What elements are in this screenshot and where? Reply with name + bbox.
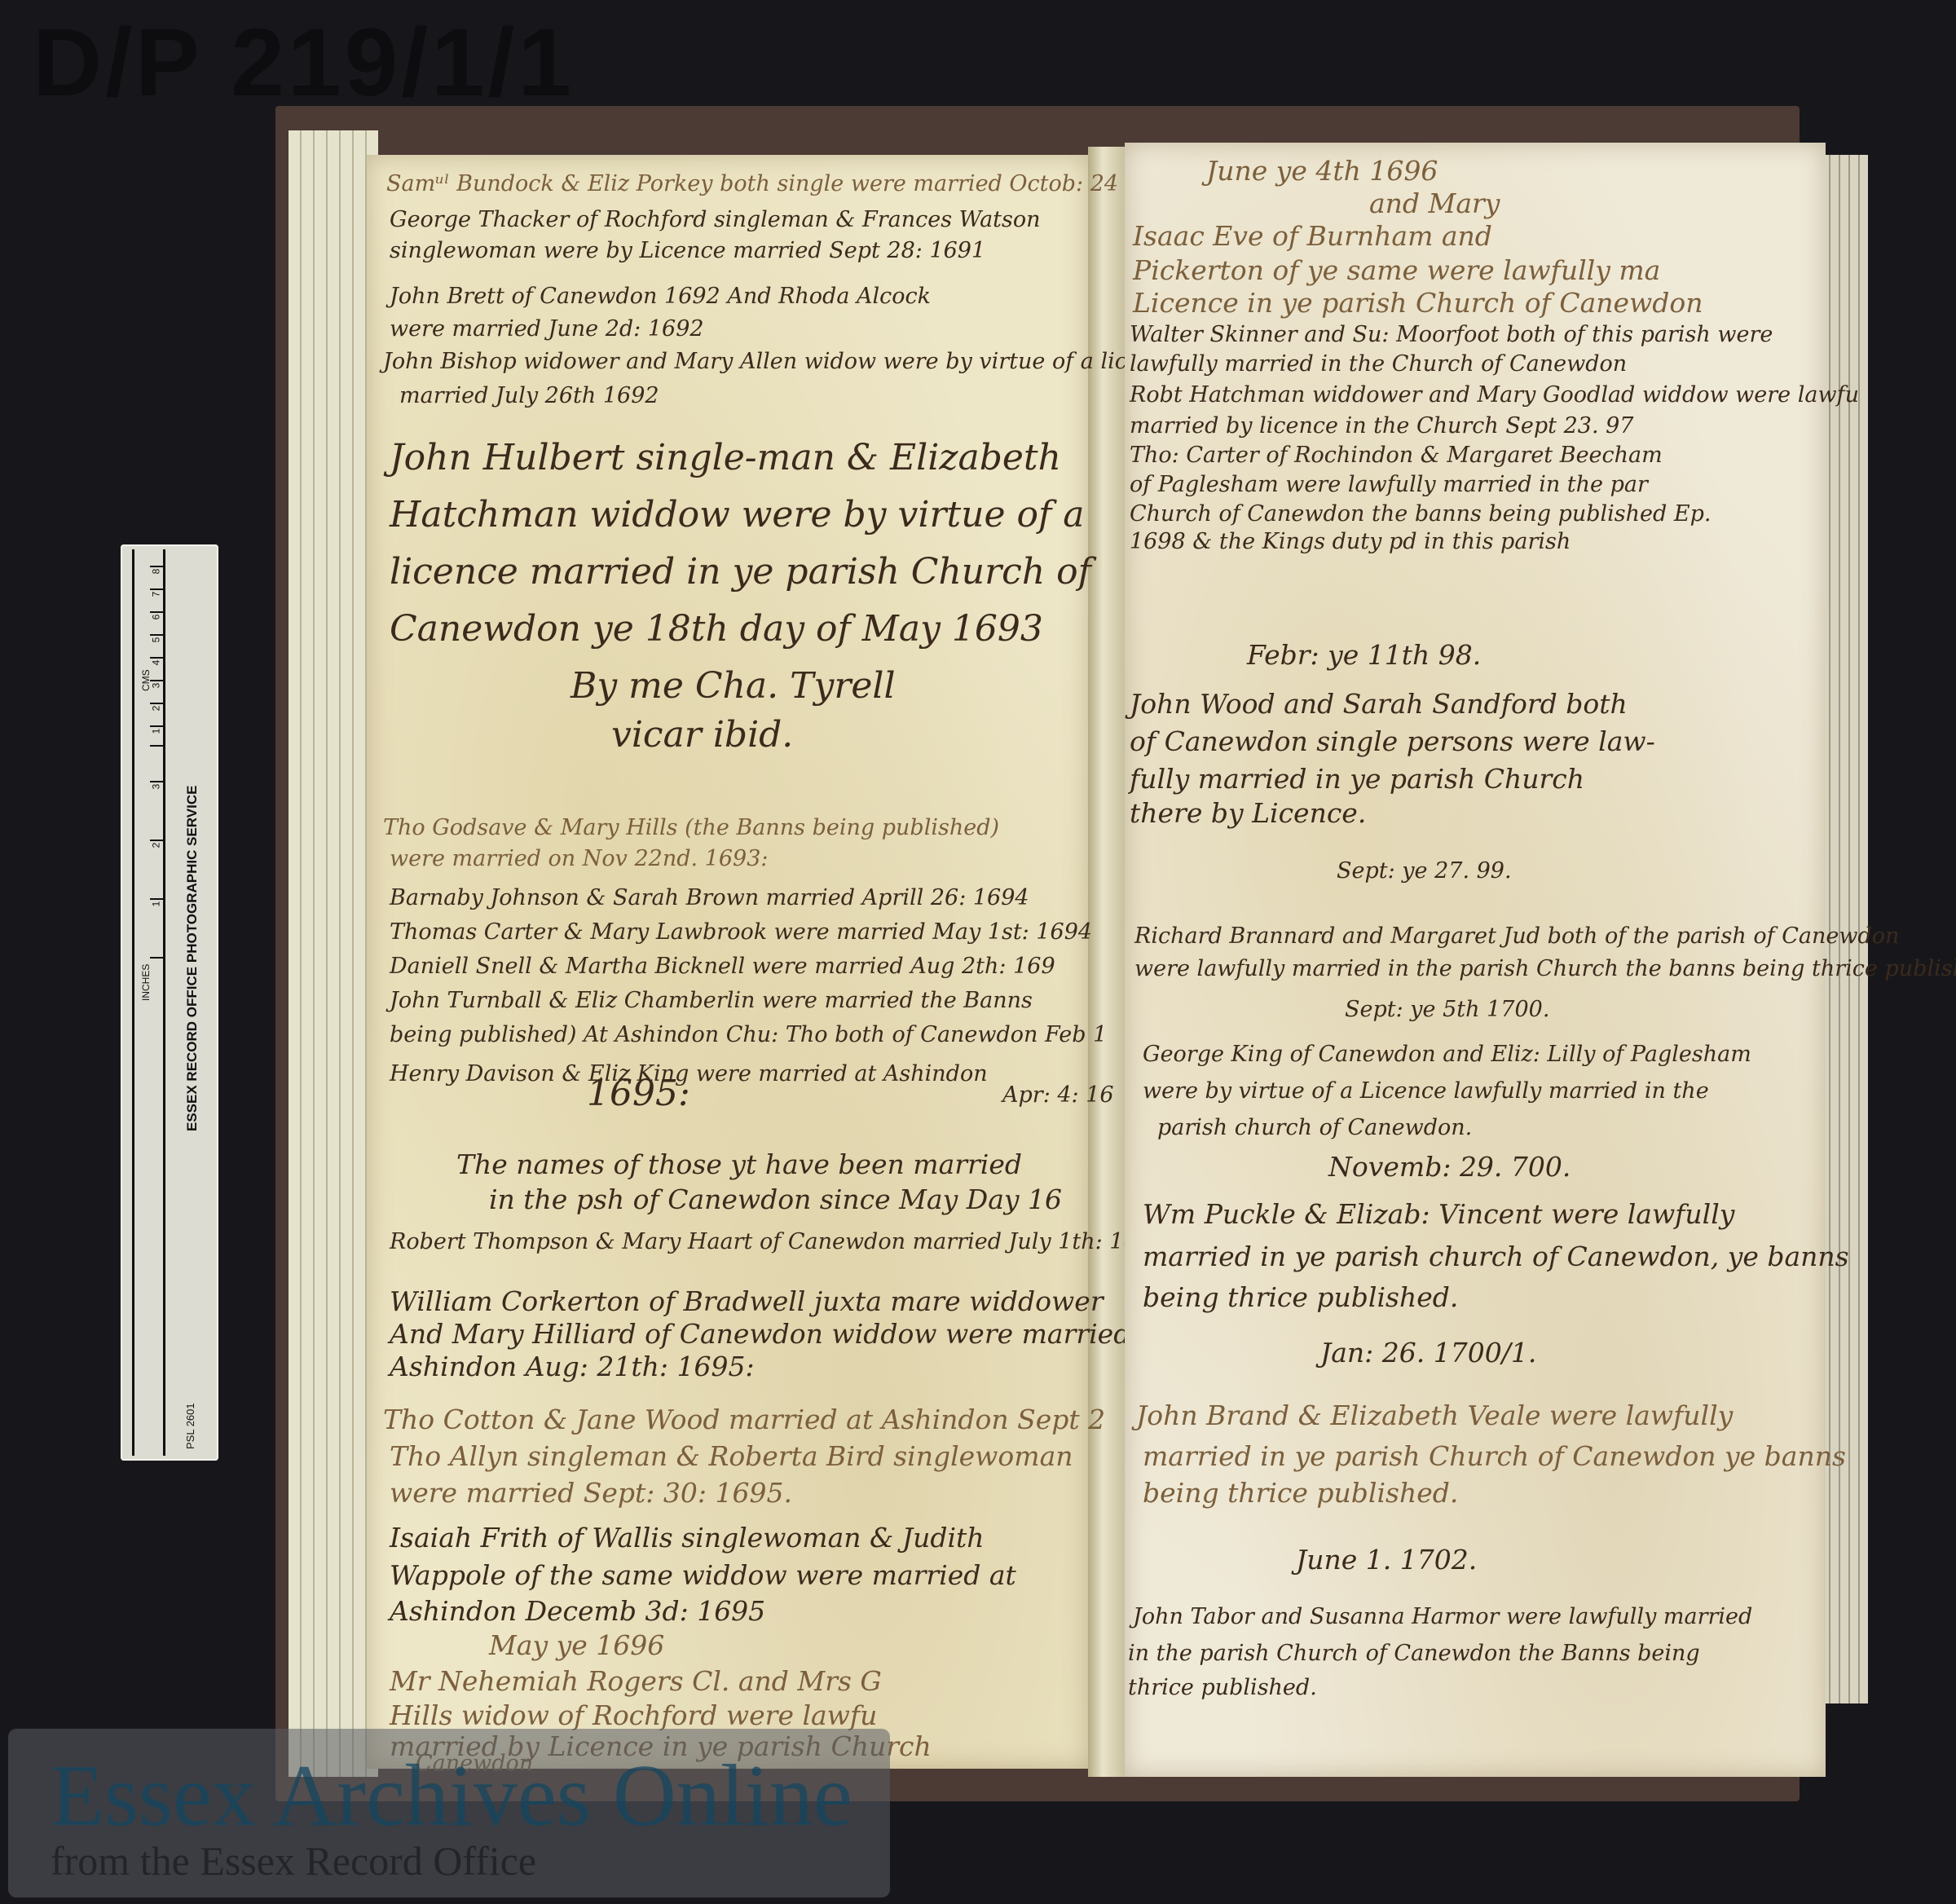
register-entry: of Paglesham were lawfully married in th…	[1130, 474, 1648, 496]
ruler-service-text: ESSEX RECORD OFFICE PHOTOGRAPHIC SERVICE	[184, 786, 200, 1131]
register-entry: Tho Godsave & Mary Hills (the Banns bein…	[383, 817, 999, 839]
register-entry: Ashindon Decemb 3d: 1695	[390, 1598, 765, 1624]
register-entry: John Brand & Elizabeth Veale were lawful…	[1136, 1402, 1733, 1429]
cms-tick-label: 2	[150, 706, 161, 712]
register-entry: were married Sept: 30: 1695.	[390, 1479, 792, 1506]
left-page-edges	[289, 130, 378, 1777]
register-entry: married in ye parish Church of Canewdon …	[1143, 1443, 1846, 1470]
register-entry: Tho: Carter of Rochindon & Margaret Beec…	[1130, 444, 1663, 466]
register-entry: Hatchman widdow were by virtue of a	[390, 497, 1085, 533]
ruler-inches-label: INCHES	[140, 964, 152, 1001]
ruler-edge-line	[163, 549, 165, 1456]
section-heading: in the psh of Canewdon since May Day 16	[489, 1186, 1062, 1213]
register-entry: were married on Nov 22nd. 1693:	[390, 848, 769, 870]
register-entry: George King of Canewdon and Eliz: Lilly …	[1143, 1043, 1751, 1065]
register-entry: singlewoman were by Licence married Sept…	[390, 240, 985, 262]
register-date: Novemb: 29. 700.	[1328, 1153, 1571, 1180]
register-entry: were by virtue of a Licence lawfully mar…	[1143, 1080, 1709, 1102]
register-entry: Tho Allyn singleman & Roberta Bird singl…	[390, 1443, 1073, 1470]
cms-tick-label: 4	[150, 660, 161, 666]
register-entry: Richard Brannard and Margaret Jud both o…	[1134, 925, 1899, 947]
cms-tick-label: 1	[150, 729, 161, 734]
register-entry: Daniell Snell & Martha Bicknell were mar…	[390, 955, 1055, 977]
register-entry: lawfully married in the Church of Canewd…	[1130, 353, 1627, 375]
cms-tick-label: 7	[150, 592, 161, 597]
register-entry: being thrice published.	[1143, 1284, 1458, 1311]
register-date: Febr: ye 11th 98.	[1247, 641, 1481, 668]
inch-tick-label: 2	[150, 843, 161, 848]
cms-tick-label: 3	[150, 683, 161, 689]
inch-tick-label: 3	[150, 784, 161, 790]
register-entry: married in ye parish church of Canewdon,…	[1143, 1243, 1849, 1270]
register-entry: Wappole of the same widdow were married …	[390, 1562, 1016, 1589]
cms-tick-label: 8	[150, 569, 161, 575]
register-date: June 1. 1702.	[1296, 1546, 1477, 1573]
register-entry: Isaac Eve of Burnham and	[1133, 223, 1492, 249]
register-entry: Pickerton of ye same were lawfully ma	[1133, 257, 1660, 284]
document-reference-label: D/P 219/1/1	[33, 15, 575, 111]
vicar-signature: By me Cha. Tyrell	[570, 668, 896, 704]
cms-tick-label: 5	[150, 637, 161, 643]
register-entry: Ashindon Aug: 21th: 1695:	[390, 1353, 755, 1380]
register-entry: Walter Skinner and Su: Moorfoot both of …	[1130, 324, 1773, 346]
register-entry: George Thacker of Rochford singleman & F…	[390, 209, 1041, 231]
register-entry: John Turnball & Eliz Chamberlin were mar…	[390, 989, 1033, 1011]
inch-scale	[150, 781, 163, 960]
register-entry: Isaiah Frith of Wallis singlewoman & Jud…	[390, 1524, 985, 1551]
register-entry: Mr Nehemiah Rogers Cl. and Mrs G	[390, 1668, 882, 1695]
register-entry: being thrice published.	[1143, 1479, 1458, 1506]
register-entry: Samᵘˡ Bundock & Eliz Porkey both single …	[386, 173, 1118, 195]
register-entry: John Tabor and Susanna Harmor were lawfu…	[1133, 1606, 1752, 1628]
register-entry: Tho Cotton & Jane Wood married at Ashind…	[383, 1406, 1105, 1433]
year-heading: 1695:	[587, 1076, 690, 1112]
measurement-ruler: 8 7 6 5 4 3 2 1 3 2 1 CMS INCHES ESSEX R…	[121, 544, 218, 1461]
register-entry: Licence in ye parish Church of Canewdon	[1133, 289, 1703, 316]
register-entry: parish church of Canewdon.	[1157, 1117, 1472, 1139]
vicar-title: vicar ibid.	[611, 717, 793, 753]
register-entry: Wm Puckle & Elizab: Vincent were lawfull…	[1143, 1201, 1734, 1227]
register-entry: John Bishop widower and Mary Allen widow…	[383, 350, 1127, 372]
register-entry: Robert Thompson & Mary Haart of Canewdon…	[390, 1231, 1173, 1253]
register-date: Sept: ye 5th 1700.	[1345, 998, 1549, 1020]
right-page: June ye 4th 1696 and Mary Isaac Eve of B…	[1125, 143, 1826, 1777]
watermark-title: Essex Archives Online	[51, 1752, 852, 1840]
register-entry: in the parish Church of Canewdon the Ban…	[1128, 1642, 1700, 1664]
register-entry: John Wood and Sarah Sandford both	[1130, 690, 1628, 717]
register-entry: married July 26th 1692	[399, 385, 659, 407]
inch-tick-label: 1	[150, 901, 161, 907]
register-entry: of Canewdon single persons were law-	[1130, 728, 1655, 755]
register-date: Jan: 26. 1700/1.	[1320, 1339, 1536, 1366]
register-entry: were lawfully married in the parish Chur…	[1134, 958, 1956, 980]
register-entry: William Corkerton of Bradwell juxta mare…	[390, 1288, 1104, 1315]
register-date: May ye 1696	[489, 1632, 664, 1659]
register-entry: fully married in ye parish Church	[1130, 765, 1584, 792]
ruler-cms-label: CMS	[140, 669, 152, 691]
register-date: Sept: ye 27. 99.	[1337, 860, 1512, 882]
ruler-code: PSL 2601	[184, 1403, 196, 1449]
register-entry: thrice published.	[1128, 1677, 1317, 1699]
book-gutter	[1088, 147, 1125, 1777]
register-entry: licence married in ye parish Church of	[390, 554, 1091, 590]
register-entry: there by Licence.	[1130, 800, 1366, 826]
section-heading: The names of those yt have been married	[456, 1151, 1022, 1178]
ruler-edge-line	[132, 549, 134, 1456]
register-entry: married by licence in the Church Sept 23…	[1130, 415, 1633, 437]
register-entry: John Brett of Canewdon 1692 And Rhoda Al…	[390, 285, 931, 307]
register-entry: Hills widow of Rochford were lawfu	[390, 1702, 877, 1729]
register-date: Apr: 4: 16	[1002, 1084, 1114, 1106]
register-date: June ye 4th 1696	[1206, 157, 1438, 184]
register-entry: Robt Hatchman widdower and Mary Goodlad …	[1130, 384, 1859, 406]
left-page: Samᵘˡ Bundock & Eliz Porkey both single …	[367, 155, 1088, 1769]
register-entry: Church of Canewdon the banns being publi…	[1130, 503, 1711, 525]
register-entry: Canewdon ye 18th day of May 1693	[390, 611, 1043, 647]
register-entry: 1698 & the Kings duty pd in this parish	[1130, 531, 1571, 553]
watermark-subtitle: from the Essex Record Office	[51, 1840, 536, 1881]
register-entry: and Mary	[1369, 190, 1500, 217]
register-entry: were married June 2d: 1692	[390, 318, 704, 340]
cms-tick-label: 6	[150, 615, 161, 620]
register-entry: And Mary Hilliard of Canewdon widdow wer…	[390, 1320, 1166, 1347]
register-entry: being published) At Ashindon Chu: Tho bo…	[390, 1024, 1107, 1046]
register-entry: Barnaby Johnson & Sarah Brown married Ap…	[390, 887, 1029, 909]
register-entry: Thomas Carter & Mary Lawbrook were marri…	[390, 921, 1092, 943]
register-entry: John Hulbert single-man & Elizabeth	[390, 440, 1061, 476]
